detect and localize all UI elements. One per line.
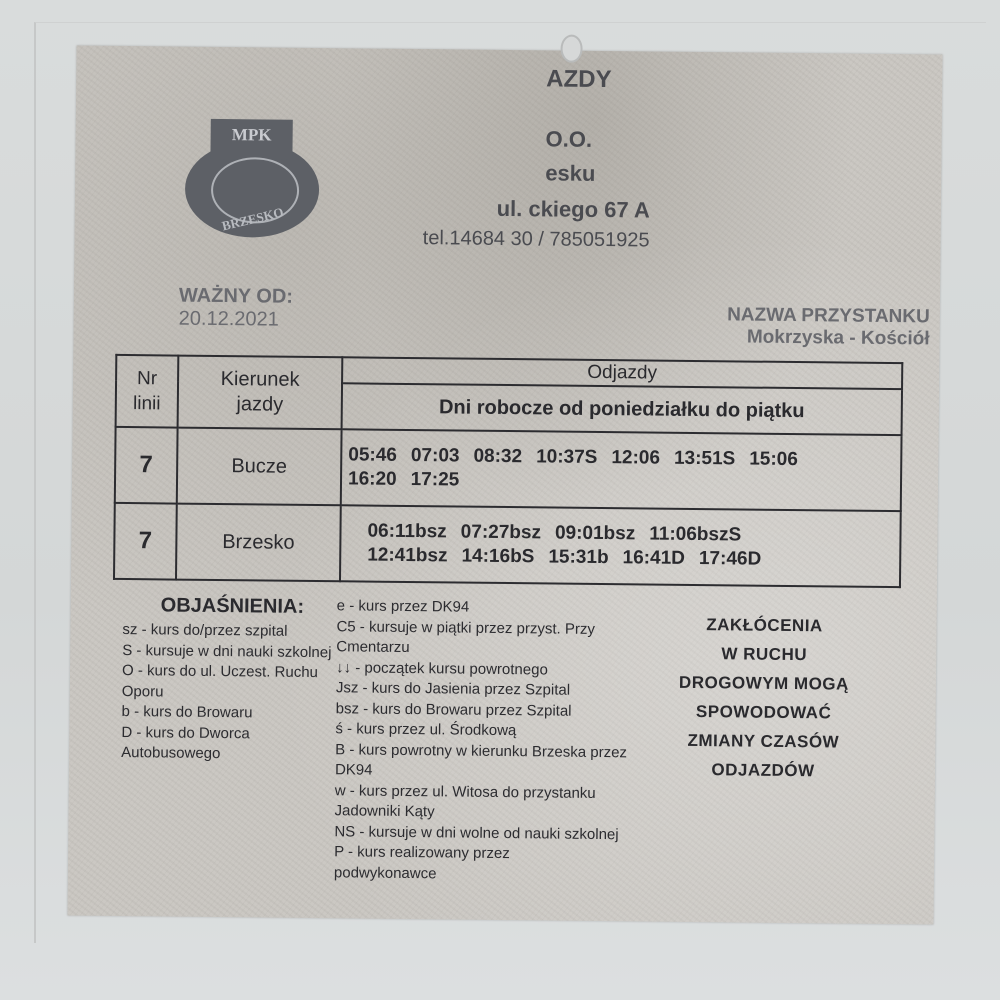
pin-hole bbox=[560, 35, 582, 63]
legend-item: e - kurs przez DK94 bbox=[337, 596, 657, 620]
departure-time: 06:11bsz bbox=[367, 521, 446, 543]
company-phone: tel.14684 30 / 785051925 bbox=[359, 226, 649, 252]
validity-label: WAŻNY OD: bbox=[179, 285, 293, 309]
notice-line: ODJAZDÓW bbox=[643, 754, 883, 786]
direction: Brzesko bbox=[176, 504, 341, 582]
departure-time: 11:06bszS bbox=[649, 524, 741, 546]
departure-time: 05:46 bbox=[348, 444, 397, 466]
company-street: ul. ckiego 67 A bbox=[370, 195, 650, 224]
company-name: O.O. bbox=[545, 126, 592, 152]
departure-time: 15:06 bbox=[749, 449, 798, 471]
notice-line: ZAKŁÓCENIA bbox=[644, 609, 884, 641]
notice-line: W RUCHU bbox=[644, 638, 884, 670]
legend-item: S - kursuje w dni nauki szkolnej bbox=[122, 641, 332, 664]
legend-item: b - kurs do Browaru bbox=[121, 702, 331, 725]
legend-title: OBJAŚNIENIA: bbox=[161, 594, 305, 619]
timetable-sheet: MPK BRZESKO AZDY O.O. esku ul. ckiego 67… bbox=[67, 45, 942, 924]
company-city: esku bbox=[545, 160, 595, 187]
notice-line: SPOWODOWAĆ bbox=[643, 696, 883, 728]
legend-item: P - kurs realizowany przez bbox=[334, 842, 654, 866]
notice-line: ZMIANY CZASÓW bbox=[643, 725, 883, 757]
header-line-number: Nr linii bbox=[116, 355, 179, 428]
header-day-type: Dni robocze od poniedziałku do piątku bbox=[342, 383, 902, 435]
departure-time: 15:31b bbox=[548, 546, 608, 568]
legend-item: B - kurs powrotny w kierunku Brzeska prz… bbox=[335, 740, 655, 784]
notice-line: DROGOWYM MOGĄ bbox=[644, 667, 884, 699]
departure-time: 10:37S bbox=[536, 446, 597, 468]
header-direction: Kierunek jazdy bbox=[178, 356, 343, 430]
legend-item: Jsz - kurs do Jasienia przez Szpital bbox=[336, 678, 656, 702]
departure-time: 08:32 bbox=[473, 446, 522, 468]
line-number: 7 bbox=[115, 427, 178, 504]
table-row: 7 Bucze 05:4607:0308:3210:37S12:0613:51S… bbox=[115, 427, 902, 511]
departure-time: 17:46D bbox=[699, 548, 762, 570]
traffic-notice: ZAKŁÓCENIAW RUCHUDROGOWYM MOGĄSPOWODOWAĆ… bbox=[643, 609, 885, 786]
mpk-brzesko-logo: MPK BRZESKO bbox=[185, 119, 322, 242]
departure-time: 16:20 bbox=[348, 468, 397, 490]
departure-time: 17:25 bbox=[411, 469, 460, 491]
legend-item: D - kurs do Dworca Autobusowego bbox=[121, 722, 331, 765]
stop-block: NAZWA PRZYSTANKU Mokrzyska - Kościół bbox=[669, 304, 929, 351]
departure-time: 16:41D bbox=[622, 547, 685, 569]
legend-middle: e - kurs przez DK94C5 - kursuje w piątki… bbox=[334, 596, 657, 884]
legend-item: sz - kurs do/przez szpital bbox=[122, 620, 332, 643]
departure-time: 14:16bS bbox=[461, 546, 534, 568]
sheet-title: AZDY bbox=[546, 65, 612, 94]
line-number: 7 bbox=[114, 503, 177, 580]
departure-time: 07:27bsz bbox=[461, 522, 541, 544]
legend-item: O - kurs do ul. Uczest. Ruchu Oporu bbox=[122, 661, 332, 704]
validity-date: 20.12.2021 bbox=[179, 308, 293, 332]
legend-item: C5 - kursuje w piątki przez przyst. Przy… bbox=[336, 617, 656, 661]
direction: Bucze bbox=[177, 428, 342, 506]
legend-item: w - kurs przez ul. Witosa do przystanku … bbox=[334, 781, 654, 825]
logo-top-text: MPK bbox=[210, 119, 292, 160]
departure-time: 12:41bsz bbox=[367, 545, 447, 567]
departure-time: 09:01bsz bbox=[555, 523, 635, 545]
validity-block: WAŻNY OD: 20.12.2021 bbox=[179, 285, 294, 332]
legend-item: ś - kurs przez ul. Środkową bbox=[335, 719, 655, 743]
departure-time: 07:03 bbox=[411, 445, 460, 467]
departures-table: Nr linii Kierunek jazdy Odjazdy Dni robo… bbox=[113, 354, 903, 588]
stop-label: NAZWA PRZYSTANKU bbox=[670, 304, 930, 329]
departure-time: 13:51S bbox=[674, 448, 735, 470]
departure-time: 12:06 bbox=[611, 447, 660, 469]
departure-times: 06:11bsz07:27bsz09:01bsz11:06bszS12:41bs… bbox=[340, 505, 901, 587]
legend-item: podwykonawce bbox=[334, 863, 654, 884]
departure-times: 05:4607:0308:3210:37S12:0613:51S15:0616:… bbox=[341, 429, 902, 511]
stop-name: Mokrzyska - Kościół bbox=[669, 326, 929, 351]
table-row: 7 Brzesko 06:11bsz07:27bsz09:01bsz11:06b… bbox=[114, 503, 901, 587]
legend-left: sz - kurs do/przez szpitalS - kursuje w … bbox=[121, 620, 332, 766]
